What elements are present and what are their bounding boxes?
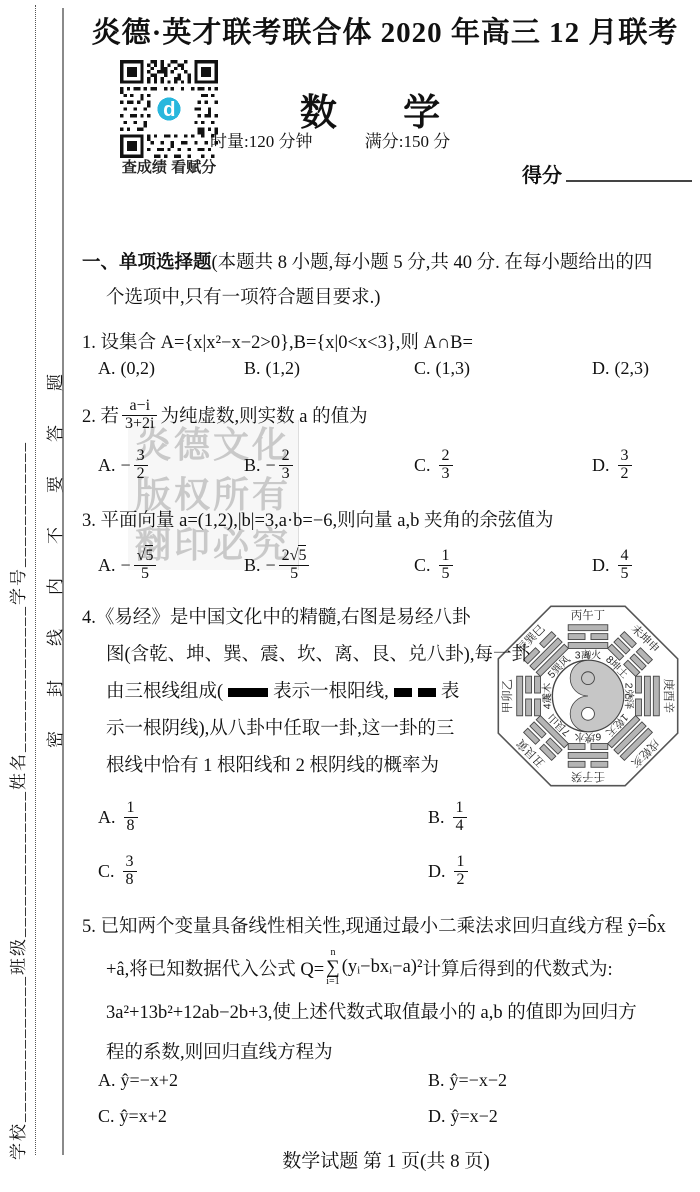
yinyang-icon xyxy=(552,660,623,731)
score-label: 得分 xyxy=(522,165,562,187)
svg-text:西: 西 xyxy=(625,693,633,700)
svg-text:壬子癸: 壬子癸 xyxy=(570,770,605,783)
q2-option-d[interactable]: D.32 xyxy=(592,448,635,483)
bagua-diagram-icon: 丙午丁 3离火 未坤申 8坤土 庚酉辛 xyxy=(478,597,698,795)
q4-line5: 根线中恰有 1 根阳线和 2 根阴线的概率为 xyxy=(106,751,439,777)
section1-heading: 一、单项选择题(本题共 8 小题,每小题 5 分,共 40 分. 在每小题给出的… xyxy=(82,248,692,274)
svg-text:北: 北 xyxy=(584,736,591,745)
q4-line3: 由三根线组成(表示一根阳线,表 xyxy=(106,677,459,703)
q4-line1: 4.《易经》是中国文化中的精髓,右图是易经八卦 xyxy=(82,603,471,629)
q2-option-c[interactable]: C.23 xyxy=(414,448,456,483)
q2-stem: 2. 若 a−i3+2i 为纯虚数,则实数 a 的值为 xyxy=(82,398,368,433)
q2-option-b[interactable]: B.−23 xyxy=(244,448,296,483)
q5-line4: 程的系数,则回归直线方程为 xyxy=(106,1038,333,1064)
q3-option-d[interactable]: D.45 xyxy=(592,548,635,583)
bagua-figure: 丙午丁 3离火 未坤申 8坤土 庚酉辛 xyxy=(478,597,698,800)
qr-code[interactable]: d xyxy=(116,60,222,158)
yang-line-icon xyxy=(228,688,268,697)
q3-option-c[interactable]: C.15 xyxy=(414,548,456,583)
q3-stem: 3. 平面向量 a=(1,2),|b|=3,a·b=−6,则向量 a,b 夹角的… xyxy=(82,506,554,532)
q1-option-a[interactable]: A.(0,2) xyxy=(98,358,155,379)
qr-caption: 查成绩 看赋分 xyxy=(110,156,228,177)
yin-line-icon xyxy=(394,688,436,697)
q5-line2: +â,将已知数据代入公式 Q= n∑i=1 (yᵢ−bxᵢ−a)² 计算后得到的… xyxy=(106,948,613,987)
svg-text:东: 东 xyxy=(542,693,551,700)
exam-page: 学校______________班级______________姓名______… xyxy=(0,0,700,1192)
seal-dotted-line xyxy=(35,5,36,1155)
full-score: 满分:150 分 xyxy=(365,132,450,151)
svg-text:丙午丁: 丙午丁 xyxy=(571,608,605,622)
q5-option-d[interactable]: D.ŷ=x−2 xyxy=(428,1106,498,1127)
q5-line1: 5. 已知两个变量具备线性相关性,现通过最小二乘法求回归直线方程 ŷ=b̂x xyxy=(82,912,666,938)
duration: 时量:120 分钟 xyxy=(210,132,312,151)
svg-text:甲卯乙: 甲卯乙 xyxy=(500,679,514,713)
score-blank xyxy=(566,162,692,182)
svg-text:d: d xyxy=(163,99,175,121)
score-box: 得分 xyxy=(522,159,692,188)
page-footer: 数学试题 第 1 页(共 8 页) xyxy=(80,1146,692,1173)
q4-line2: 图(含乾、坤、巽、震、坎、离、艮、兑八卦),每一卦 xyxy=(106,640,530,666)
q4-line4: 示一根阴线),从八卦中任取一卦,这一卦的三 xyxy=(106,714,454,740)
q1-option-b[interactable]: B.(1,2) xyxy=(244,358,300,379)
q5-line3: 3a²+13b²+12ab−2b+3,使上述代数式取值最小的 a,b 的值即为回… xyxy=(106,998,637,1024)
q4-option-c[interactable]: C.38 xyxy=(98,854,140,889)
svg-text:南: 南 xyxy=(584,650,591,659)
q4-option-b[interactable]: B.14 xyxy=(428,800,470,835)
q5-option-b[interactable]: B.ŷ=−x−2 xyxy=(428,1070,507,1091)
q3-option-a[interactable]: A.−√55 xyxy=(98,548,159,583)
q4-option-d[interactable]: D.12 xyxy=(428,854,471,889)
sigma-sum: n∑i=1 xyxy=(326,948,340,987)
q1-option-d[interactable]: D.(2,3) xyxy=(592,358,649,379)
q1-option-c[interactable]: C.(1,3) xyxy=(414,358,470,379)
q4-option-a[interactable]: A.18 xyxy=(98,800,141,835)
student-info-fields: 学校______________班级______________姓名______… xyxy=(4,441,29,1160)
q5-option-a[interactable]: A.ŷ=−x+2 xyxy=(98,1070,178,1091)
q3-option-b[interactable]: B.−2√55 xyxy=(244,548,312,583)
qr-code-icon: d xyxy=(116,60,222,158)
section1-heading-line2: 个选项中,只有一项符合题目要求.) xyxy=(106,283,380,309)
exam-title: 炎德·英才联考联合体 2020 年高三 12 月联考 xyxy=(78,10,692,51)
q2-fraction: a−i3+2i xyxy=(122,398,157,433)
svg-text:庚酉辛: 庚酉辛 xyxy=(662,679,676,713)
exam-meta: 时量:120 分钟 满分:150 分 xyxy=(210,127,450,152)
q1-stem: 1. 设集合 A={x|x²−x−2>0},B={x|0<x<3},则 A∩B= xyxy=(82,328,473,354)
seal-line-text: 密封线内不要答题 xyxy=(41,340,66,748)
q5-option-c[interactable]: C.ŷ=x+2 xyxy=(98,1106,167,1127)
q2-option-a[interactable]: A.−32 xyxy=(98,448,151,483)
